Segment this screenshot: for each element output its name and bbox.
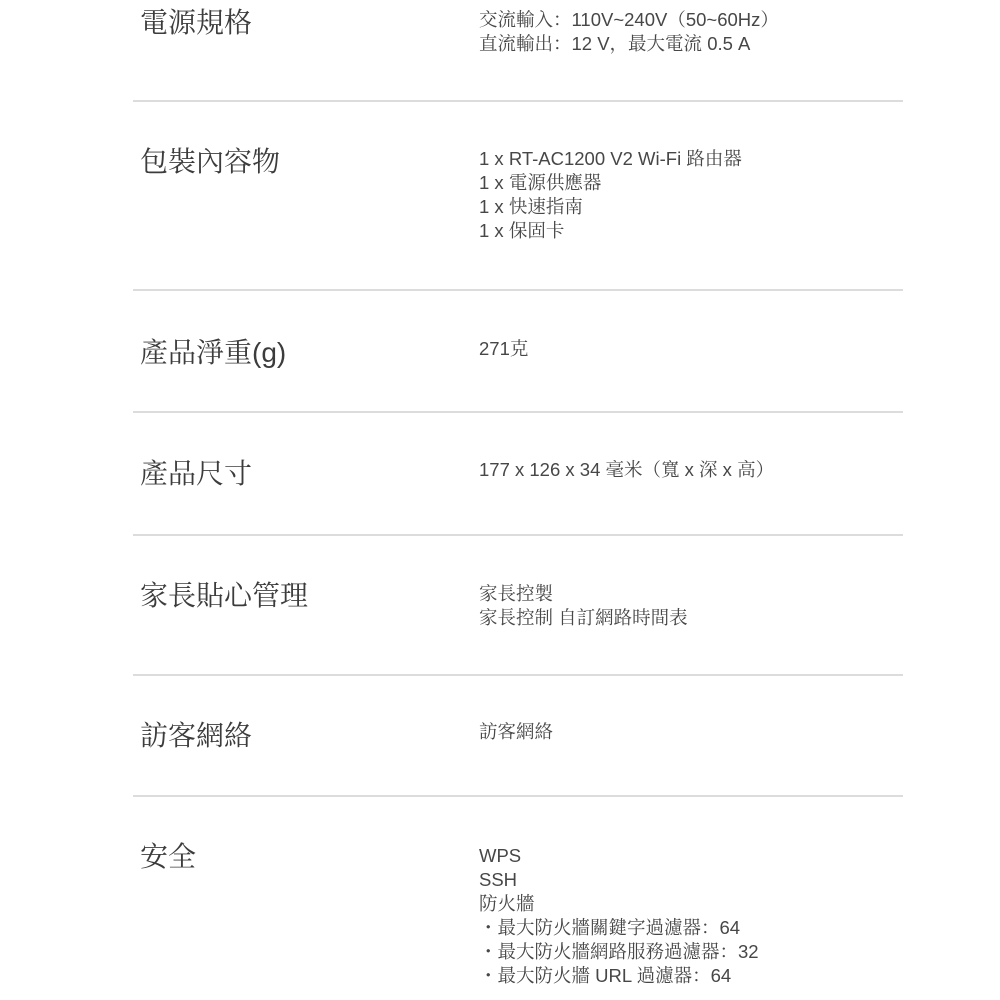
spec-value-security: WPS SSH 防火牆 ・最大防火牆關鍵字過濾器：64 ・最大防火牆網路服務過濾… <box>479 844 759 988</box>
spec-value-guest-network: 訪客網絡 <box>479 720 553 744</box>
spec-value-line: 271克 <box>479 337 528 361</box>
spec-value-weight: 271克 <box>479 337 528 361</box>
divider <box>133 795 903 797</box>
spec-value-line: 訪客網絡 <box>479 720 553 744</box>
spec-value-line: 1 x 快速指南 <box>479 195 742 219</box>
spec-value-line: WPS <box>479 844 759 868</box>
divider <box>133 411 903 413</box>
spec-value-line: ・最大防火牆網路服務過濾器：32 <box>479 940 759 964</box>
spec-label-weight: 產品淨重(g) <box>140 336 286 370</box>
spec-label-package: 包裝內容物 <box>140 145 280 179</box>
spec-value-line: 家長控製 <box>479 582 688 606</box>
divider <box>133 100 903 102</box>
spec-value-parental: 家長控製 家長控制 自訂網路時間表 <box>479 582 688 630</box>
spec-label-dimensions: 產品尺寸 <box>140 457 252 491</box>
spec-value-line: 1 x 保固卡 <box>479 219 742 243</box>
divider <box>133 289 903 291</box>
spec-value-dimensions: 177 x 126 x 34 毫米（寬 x 深 x 高） <box>479 458 774 482</box>
spec-value-package: 1 x RT-AC1200 V2 Wi-Fi 路由器 1 x 電源供應器 1 x… <box>479 147 742 243</box>
spec-value-line: 直流輸出：12 V，最大電流 0.5 A <box>479 32 779 56</box>
spec-value-line: 防火牆 <box>479 892 759 916</box>
spec-value-line: 1 x 電源供應器 <box>479 171 742 195</box>
divider <box>133 674 903 676</box>
spec-label-security: 安全 <box>140 840 196 874</box>
spec-value-line: 家長控制 自訂網路時間表 <box>479 606 688 630</box>
spec-value-line: ・最大防火牆關鍵字過濾器：64 <box>479 916 759 940</box>
spec-value-line: 177 x 126 x 34 毫米（寬 x 深 x 高） <box>479 458 774 482</box>
spec-value-line: 1 x RT-AC1200 V2 Wi-Fi 路由器 <box>479 147 742 171</box>
spec-label-guest-network: 訪客網絡 <box>140 719 252 753</box>
spec-label-parental: 家長貼心管理 <box>140 579 308 613</box>
spec-value-line: 交流輸入：110V~240V（50~60Hz） <box>479 8 779 32</box>
spec-label-power: 電源規格 <box>140 6 252 40</box>
spec-value-line: ・最大防火牆 URL 過濾器：64 <box>479 964 759 988</box>
spec-value-line: SSH <box>479 868 759 892</box>
divider <box>133 534 903 536</box>
spec-value-power: 交流輸入：110V~240V（50~60Hz） 直流輸出：12 V，最大電流 0… <box>479 8 779 56</box>
